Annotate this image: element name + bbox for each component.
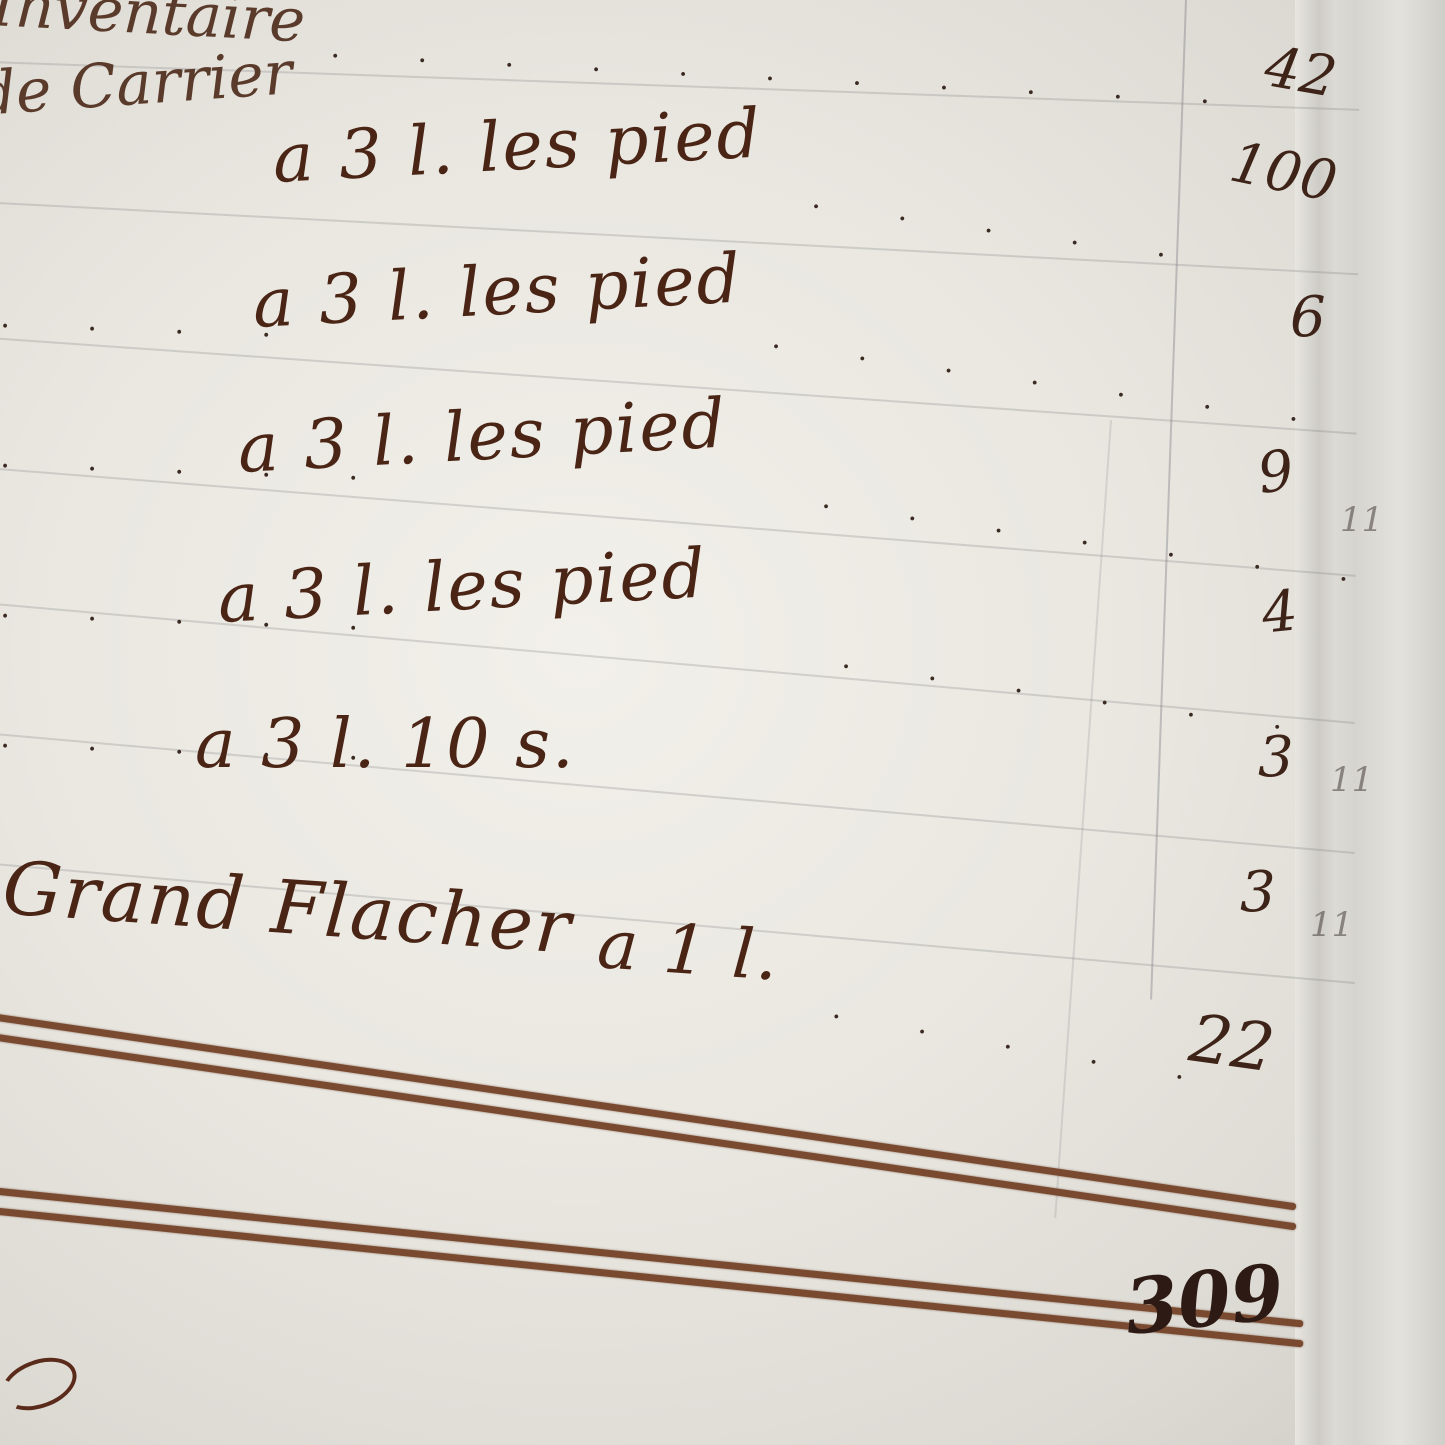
margin-mark: 11 xyxy=(1310,905,1353,945)
entry-amount: 4 xyxy=(1259,578,1301,646)
entry-rate: a 3 l. les pied xyxy=(216,534,709,639)
margin-mark: 11 xyxy=(1330,760,1373,800)
entry-amount: 9 xyxy=(1254,438,1298,507)
entry-rate: a 3 l. 10 s. xyxy=(195,705,576,784)
leader-dots: . . . . . . . xyxy=(770,320,1335,433)
entry-rate: a 3 l. les pied xyxy=(271,94,764,199)
amount-column-rule xyxy=(1150,0,1187,999)
leader-dots: . . . . . . . . . . . xyxy=(330,30,1245,113)
leader-dots: . . . . . . xyxy=(840,640,1319,741)
entry-amount: 42 xyxy=(1260,34,1341,110)
entry-rate: a 3 l. les pied xyxy=(236,384,729,489)
entry-description: Grand Flacher xyxy=(0,845,575,971)
leader-dots: . . . . . xyxy=(830,991,1222,1094)
entry-amount: 6 xyxy=(1290,285,1326,350)
double-rule-bottom-1 xyxy=(0,1185,1303,1327)
flourish-mark xyxy=(0,1348,84,1420)
margin-mark: 11 xyxy=(1340,500,1383,540)
ledger-photo: Inventaire de Carrier 42 . . . . . . . .… xyxy=(0,0,1445,1445)
double-rule-bottom-2 xyxy=(0,1205,1303,1347)
entry-amount: 22 xyxy=(1185,1000,1279,1088)
ledger-total: 309 xyxy=(1121,1247,1288,1352)
entry-rate: a 3 l. les pied xyxy=(251,239,744,344)
header-fragment-2: de Carrier xyxy=(0,38,295,130)
entry-rate: a 1 l. xyxy=(595,905,782,997)
entry-amount: 3 xyxy=(1240,860,1276,925)
entry-amount: 3 xyxy=(1258,725,1294,790)
